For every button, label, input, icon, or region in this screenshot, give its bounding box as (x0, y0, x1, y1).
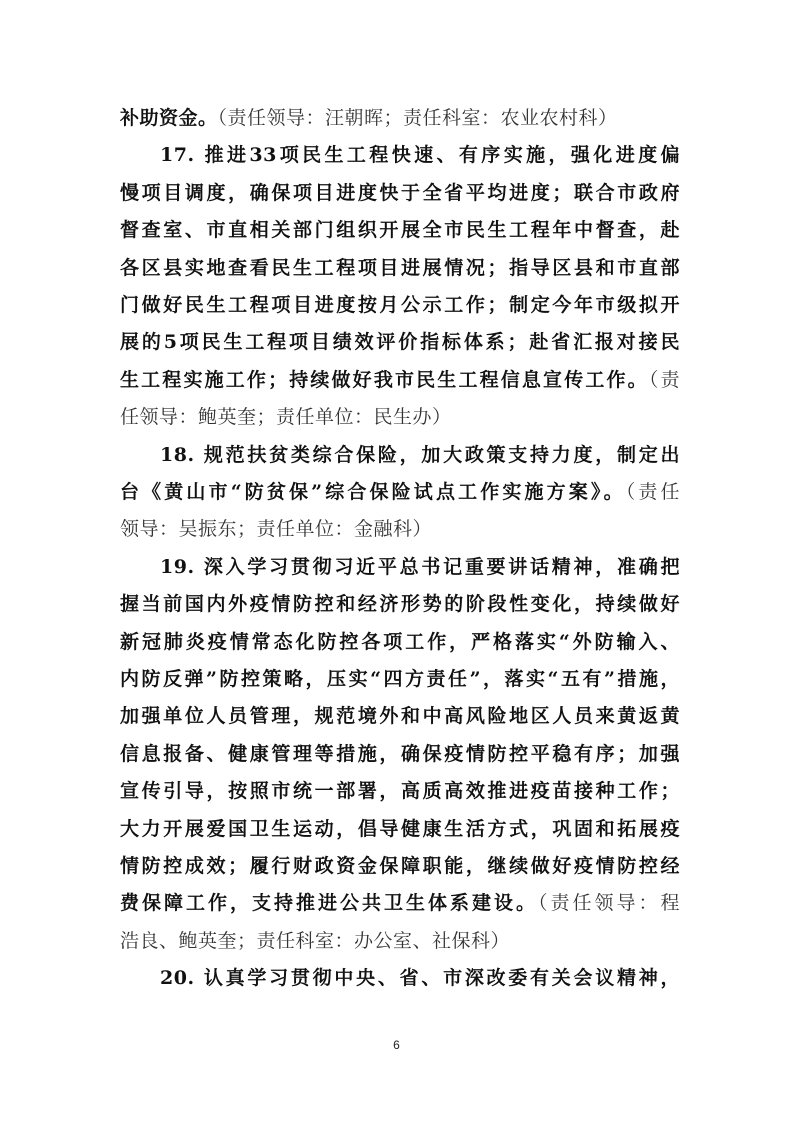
page-number: 6 (0, 1038, 793, 1052)
bold-text: 大力开展爱国卫生运动，倡导健康生活方式，巩固和拓展疫 (120, 818, 680, 840)
bold-text: 20. 认真学习贯彻中央、省、市深改委有关会议精神， (160, 967, 680, 989)
bold-text: 内防反弹”防控策略，压实“四方责任”，落实“五有”措施， (120, 668, 680, 690)
bold-text: 各区县实地查看民生工程项目进展情况；指导区县和市直部 (120, 257, 680, 279)
text-line: 内防反弹”防控策略，压实“四方责任”，落实“五有”措施， (120, 659, 680, 699)
text-line: 台《黄山市“防贫保”综合保险试点工作实施方案》。（责任 (120, 472, 680, 512)
text-line: 新冠肺炎疫情常态化防控各项工作，严格落实“外防输入、 (120, 622, 680, 662)
bold-text: 信息报备、健康管理等措施，确保疫情防控平稳有序；加强 (120, 743, 680, 765)
bold-text: 19. 深入学习贯彻习近平总书记重要讲话精神，准确把 (160, 556, 680, 578)
text-line: 督查室、市直相关部门组织开展全市民生工程年中督查，赴 (120, 210, 680, 250)
responsibility-note: （责任领导：程 (538, 892, 680, 914)
responsibility-note: （责任 (626, 481, 680, 503)
text-line: 17. 推进33项民生工程快速、有序实施，强化进度偏 (160, 135, 680, 175)
document-page: 补助资金。（责任领导：汪朝晖；责任科室：农业农村科）17. 推进33项民生工程快… (0, 0, 793, 1122)
text-line: 情防控成效；履行财政资金保障职能，继续做好疫情防控经 (120, 846, 680, 886)
text-line: 加强单位人员管理，规范境外和中高风险地区人员来黄返黄 (120, 696, 680, 736)
bold-text: 补助资金。 (120, 107, 218, 129)
text-line: 领导：吴振东；责任单位：金融科） (120, 509, 680, 549)
text-line: 宣传引导，按照市统一部署，高质高效推进疫苗接种工作； (120, 771, 680, 811)
bold-text: 生工程实施工作；持续做好我市民生工程信息宣传工作。 (120, 369, 649, 391)
responsibility-note: 任领导：鲍英奎；责任单位：民生办） (120, 406, 452, 428)
bold-text: 17. 推进33项民生工程快速、有序实施，强化进度偏 (160, 144, 680, 166)
bold-text: 宣传引导，按照市统一部署，高质高效推进疫苗接种工作； (120, 780, 680, 802)
bold-text: 展的5项民生工程项目绩效评价指标体系；赴省汇报对接民 (120, 331, 680, 353)
responsibility-note: （责 (649, 369, 680, 391)
text-line: 大力开展爱国卫生运动，倡导健康生活方式，巩固和拓展疫 (120, 809, 680, 849)
text-line: 19. 深入学习贯彻习近平总书记重要讲话精神，准确把 (160, 547, 680, 587)
text-line: 任领导：鲍英奎；责任单位：民生办） (120, 397, 680, 437)
text-line: 18. 规范扶贫类综合保险，加大政策支持力度，制定出 (160, 435, 680, 475)
bold-text: 情防控成效；履行财政资金保障职能，继续做好疫情防控经 (120, 855, 680, 877)
bold-text: 台《黄山市“防贫保”综合保险试点工作实施方案》。 (120, 481, 626, 503)
bold-text: 门做好民生工程项目进度按月公示工作；制定今年市级拟开 (120, 294, 680, 316)
text-line: 生工程实施工作；持续做好我市民生工程信息宣传工作。（责 (120, 360, 680, 400)
text-line: 展的5项民生工程项目绩效评价指标体系；赴省汇报对接民 (120, 322, 680, 362)
responsibility-note: （责任领导：汪朝晖；责任科室：农业农村科） (218, 107, 618, 129)
text-line: 慢项目调度，确保项目进度快于全省平均进度；联合市政府 (120, 173, 680, 213)
bold-text: 新冠肺炎疫情常态化防控各项工作，严格落实“外防输入、 (120, 631, 680, 653)
text-line: 浩良、鲍英奎；责任科室：办公室、社保科） (120, 921, 680, 961)
bold-text: 费保障工作，支持推进公共卫生体系建设。 (120, 892, 538, 914)
text-line: 20. 认真学习贯彻中央、省、市深改委有关会议精神， (160, 958, 680, 998)
text-line: 信息报备、健康管理等措施，确保疫情防控平稳有序；加强 (120, 734, 680, 774)
bold-text: 18. 规范扶贫类综合保险，加大政策支持力度，制定出 (160, 444, 680, 466)
bold-text: 慢项目调度，确保项目进度快于全省平均进度；联合市政府 (120, 182, 680, 204)
responsibility-note: 领导：吴振东；责任单位：金融科） (120, 518, 432, 540)
responsibility-note: 浩良、鲍英奎；责任科室：办公室、社保科） (120, 930, 510, 952)
text-line: 握当前国内外疫情防控和经济形势的阶段性变化，持续做好 (120, 584, 680, 624)
bold-text: 握当前国内外疫情防控和经济形势的阶段性变化，持续做好 (120, 593, 680, 615)
text-line: 补助资金。（责任领导：汪朝晖；责任科室：农业农村科） (120, 98, 680, 138)
text-line: 各区县实地查看民生工程项目进展情况；指导区县和市直部 (120, 248, 680, 288)
text-line: 费保障工作，支持推进公共卫生体系建设。（责任领导：程 (120, 883, 680, 923)
bold-text: 加强单位人员管理，规范境外和中高风险地区人员来黄返黄 (120, 705, 680, 727)
bold-text: 督查室、市直相关部门组织开展全市民生工程年中督查，赴 (120, 219, 680, 241)
text-line: 门做好民生工程项目进度按月公示工作；制定今年市级拟开 (120, 285, 680, 325)
